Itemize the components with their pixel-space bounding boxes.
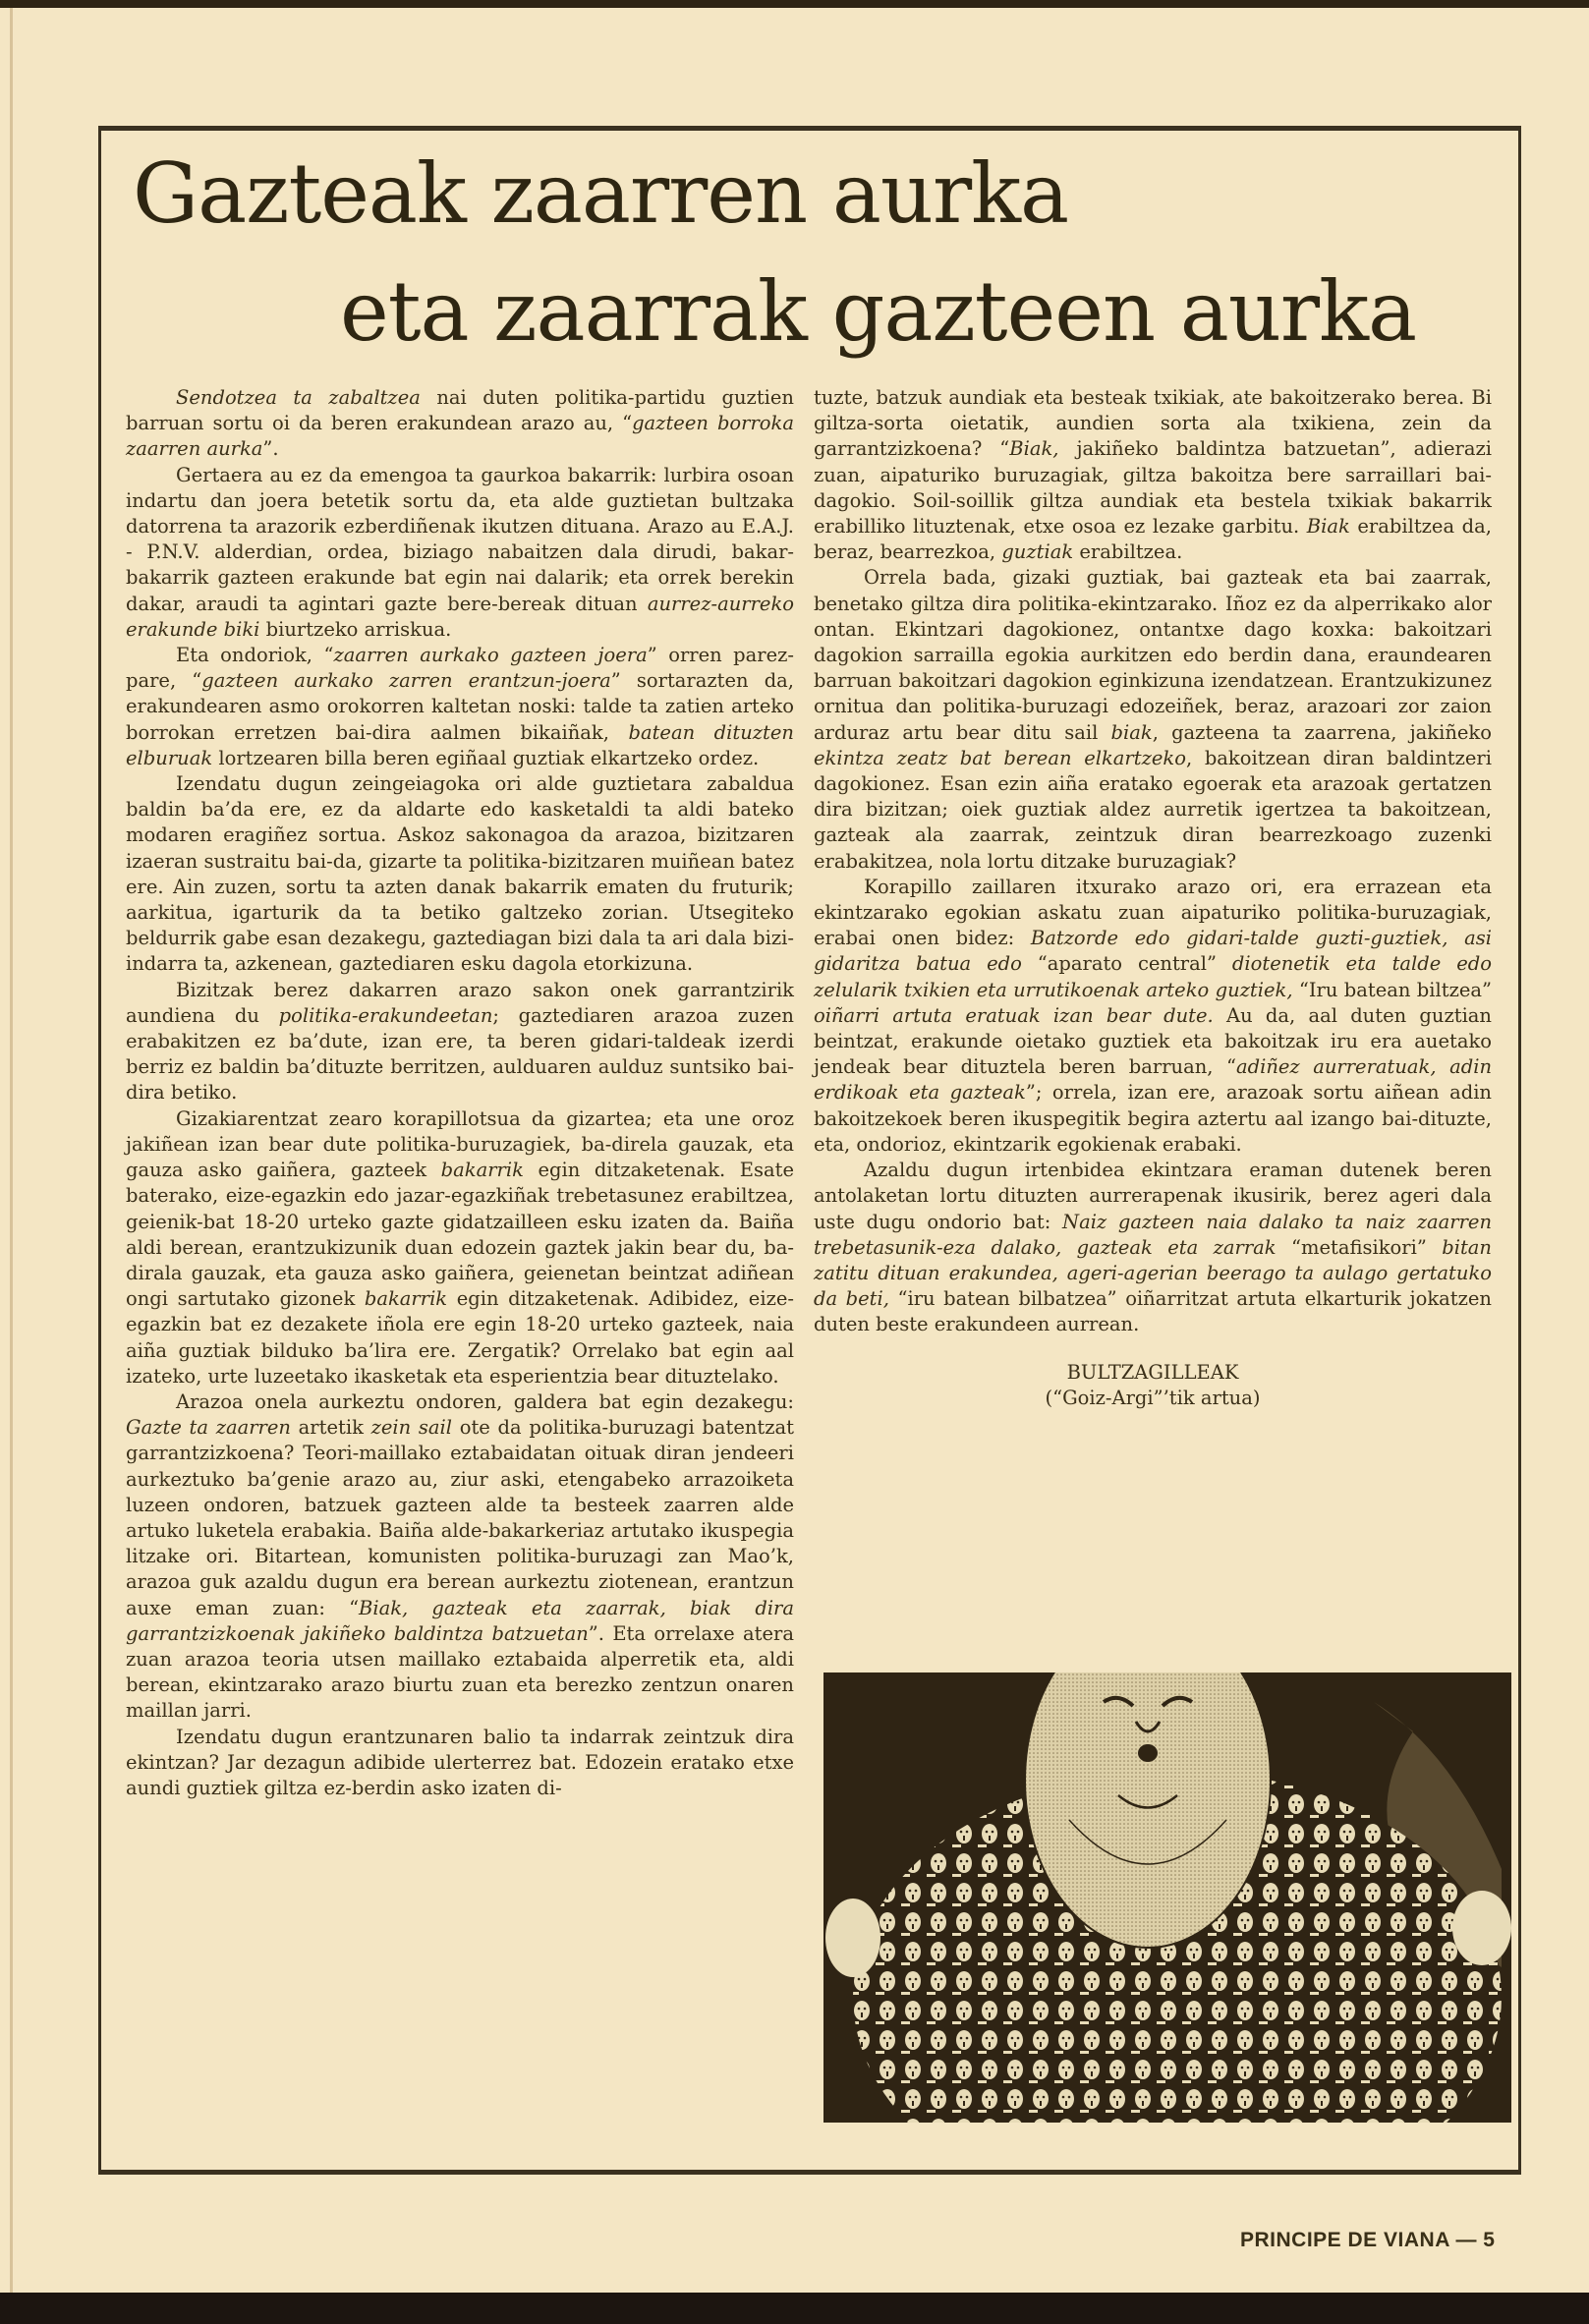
italic-text-run: bakarrik [441,1159,524,1181]
italic-text-run: biak [1111,721,1153,744]
footer-separator: — [1455,2229,1477,2251]
article-paragraph: Gizakiarentzat zearo korapillotsua da gi… [126,1106,794,1389]
text-run: artetik [291,1416,371,1439]
article-paragraph: Izendatu dugun erantzunaren balio ta ind… [126,1725,794,1802]
italic-text-run: Sendotzea ta zabaltzea [176,386,421,409]
article-paragraph: Gertaera au ez da emengoa ta gaurkoa bak… [126,463,794,643]
text-run: Orrela bada, gizaki guztiak, bai gazteak… [814,566,1492,743]
page-number: 5 [1483,2229,1495,2251]
publication-name: PRINCIPE DE VIANA [1240,2229,1449,2251]
italic-text-run: bakarrik [365,1287,447,1310]
article-paragraph: Arazoa onela aurkeztu ondoren, galdera b… [126,1389,794,1725]
source-credit: (“Goiz-Argi”’tik artua) [814,1386,1492,1411]
italic-text-run: zaarren aurkako gazteen joera [333,644,647,666]
italic-text-run: guztiak [1001,540,1073,563]
article-paragraph: Orrela bada, gizaki guztiak, bai gazteak… [814,565,1492,874]
article-paragraph: Bizitzak berez dakarren arazo sakon onek… [126,978,794,1106]
italic-text-run: politika-erakundeetan [279,1004,493,1027]
article-paragraph: Izendatu dugun zeingeiagoka ori alde guz… [126,771,794,978]
scan-top-edge [0,0,1589,8]
text-run: “iru batean bilbatzea” oiñarritzat artut… [814,1287,1492,1335]
text-run: “metafisikori” [1277,1236,1443,1259]
article-paragraph: tuzte, batzuk aundiak eta besteak txikia… [814,385,1492,565]
article-paragraph: Eta ondoriok, “zaarren aurkako gazteen j… [126,643,794,771]
caricature-image-icon [823,1672,1511,2123]
signature-block: BULTZAGILLEAK (“Goiz-Argi”’tik artua) [814,1360,1492,1411]
scan-bottom-edge [0,2293,1589,2324]
text-run: lortzearen billa beren egiñaal guztiak e… [212,747,759,769]
text-run: ote da politika-buruzagi batentzat garra… [126,1416,794,1618]
caricature-illustration [823,1672,1511,2123]
text-run: Eta ondoriok, “ [176,644,333,666]
text-run: Arazoa onela aurkeztu ondoren, galdera b… [176,1390,794,1413]
right-column: tuzte, batzuk aundiak eta besteak txikia… [814,385,1492,1411]
italic-text-run: ekintza zeatz bat berean elkartzeko [814,747,1186,769]
italic-text-run: Biak, [1009,437,1058,460]
italic-text-run: Biak [1307,515,1350,538]
article-paragraph: Azaldu dugun irtenbidea ekintzara eraman… [814,1158,1492,1337]
text-run: “Iru batean biltzea” [1293,979,1492,1001]
text-run: “aparato central” [1022,952,1232,975]
text-run: biurtzeko arriskua. [259,618,451,641]
italic-text-run: Gazte ta zaarren [126,1416,291,1439]
italic-text-run: zein sail [371,1416,452,1439]
article-paragraph: Sendotzea ta zabaltzea nai duten politik… [126,385,794,463]
italic-text-run: gazteen aurkako zarren erantzun-joera [201,669,611,692]
author-name: BULTZAGILLEAK [814,1360,1492,1386]
text-run: Izendatu dugun erantzunaren balio ta ind… [126,1726,794,1799]
article-title-line-1: Gazteak zaarren aurka [133,145,1068,242]
page-spine-line [10,8,13,2293]
article-paragraph: Korapillo zaillaren itxurako arazo ori, … [814,875,1492,1158]
page-footer: PRINCIPE DE VIANA — 5 [1240,2229,1495,2252]
italic-text-run: oiñarri artuta eratuak izan bear dute. [814,1004,1214,1027]
article-title-line-2: eta zaarrak gazteen aurka [340,263,1416,360]
left-column: Sendotzea ta zabaltzea nai duten politik… [126,385,794,1801]
text-run: , gazteena ta zaarrena, jakiñeko [1153,721,1492,744]
text-run: ”. [262,437,278,460]
text-run: erabiltzea. [1073,540,1182,563]
text-run: Izendatu dugun zeingeiagoka ori alde guz… [126,772,794,975]
